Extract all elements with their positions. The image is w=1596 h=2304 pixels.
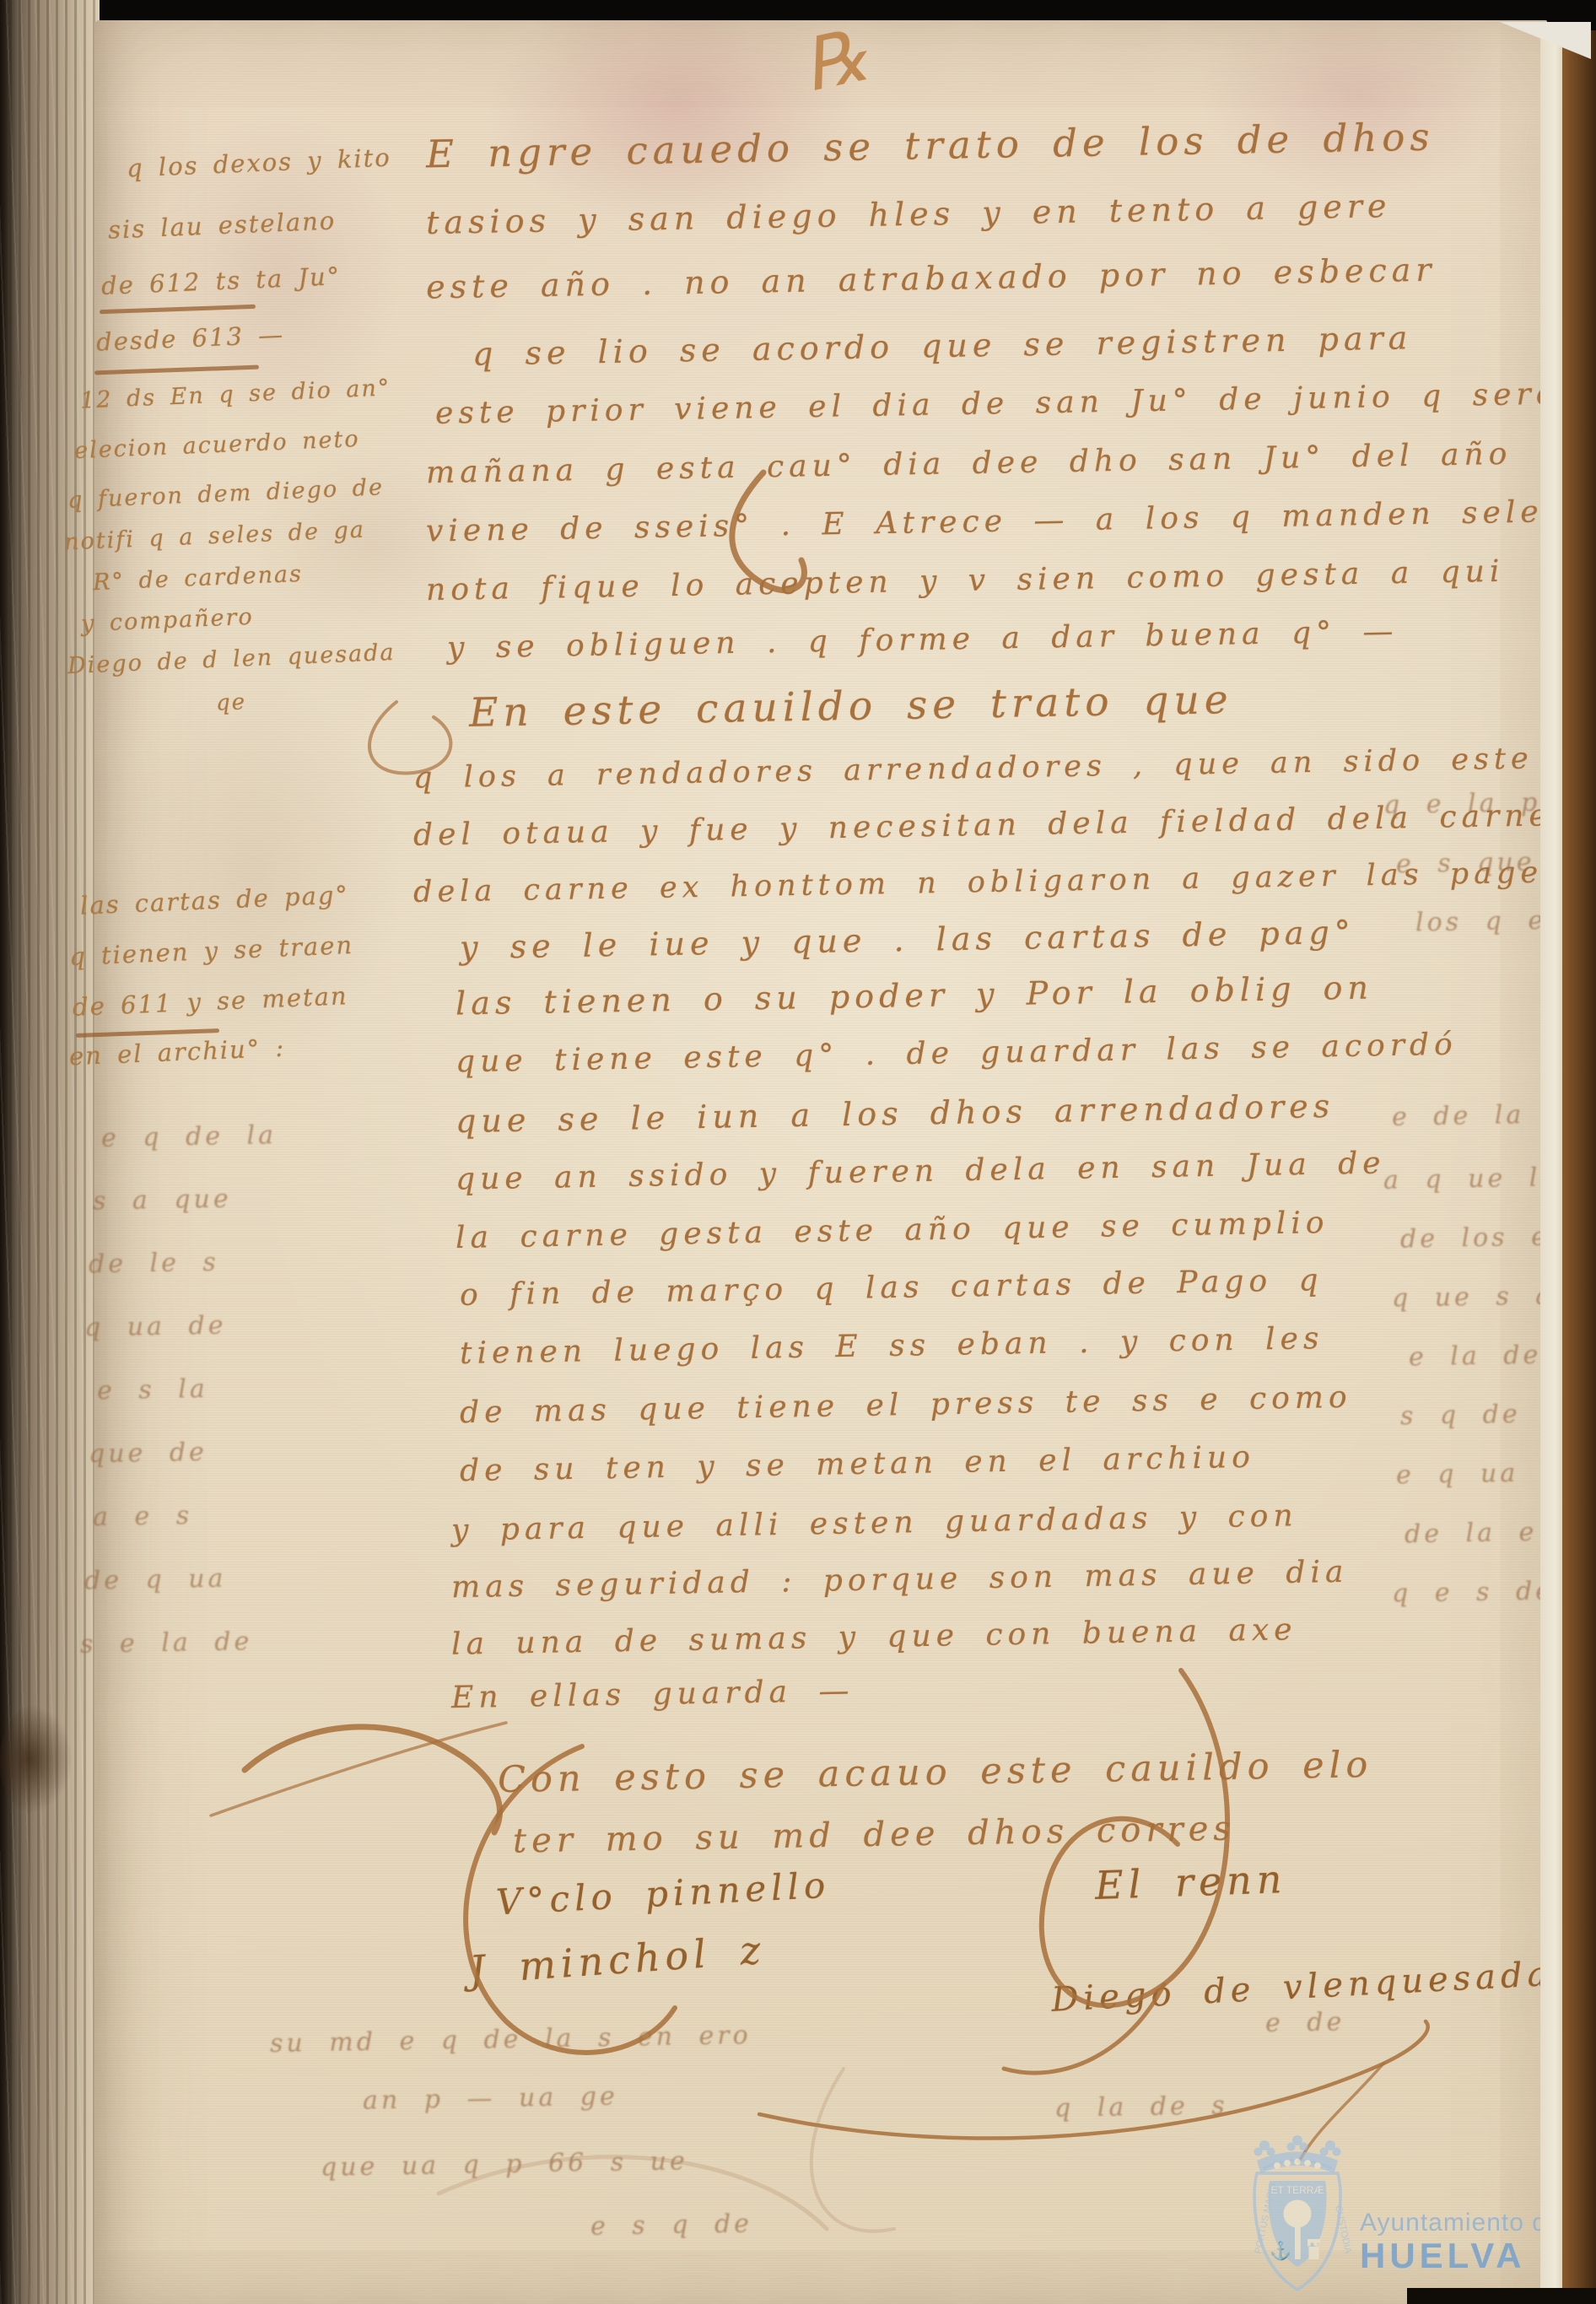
crest-anchor: ⚓ (1270, 2240, 1291, 2261)
crest-motto-top: ET TERRÆ (1271, 2184, 1324, 2196)
watermark-org-line1: Ayuntamiento de (1360, 2209, 1562, 2237)
book-cover-edge (1562, 30, 1596, 2304)
page-corner-fold (1500, 22, 1591, 59)
crest-tree-canopy (1284, 2200, 1312, 2228)
watermark-org-line2: HUELVA (1360, 2236, 1525, 2276)
crest-tower (1308, 2239, 1320, 2259)
pen-flourishes (0, 0, 1596, 2304)
manuscript-scan: ℞ q los dexos y kitosis lau estelanode 6… (0, 0, 1596, 2304)
photo-corner-shadow (1407, 2288, 1596, 2304)
crest-tree-trunk (1295, 2224, 1301, 2259)
